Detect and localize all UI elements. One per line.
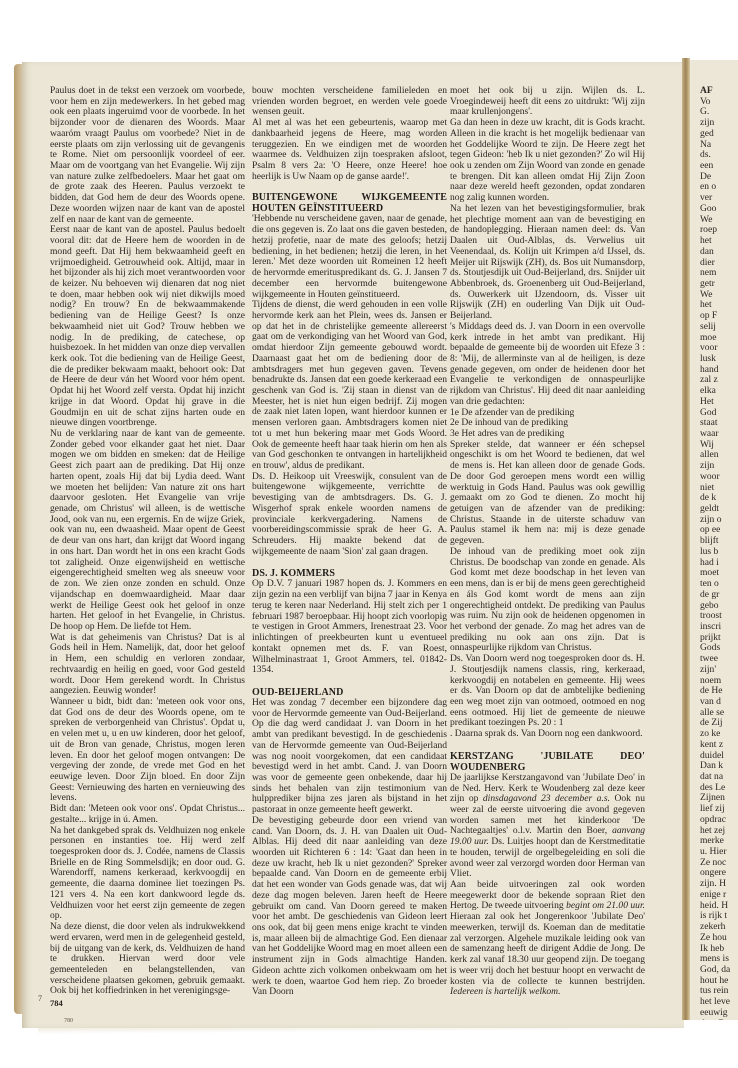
facing-line: kent z <box>700 740 738 751</box>
paragraph: De inhoud van de prediking moet ook zijn… <box>450 547 645 654</box>
paragraph: Het was zondag 7 december een bijzondere… <box>252 698 447 816</box>
paragraph: Aan beide uitvoeringen zal ook worden me… <box>450 880 645 998</box>
facing-page: AFVoG.zijngedNads.eenDeen overGooWeroeph… <box>690 60 738 1020</box>
column-3: moet het ook bij u zijn. Wijlen ds. L. V… <box>450 86 645 998</box>
paragraph: Na deze dienst, die door velen als indru… <box>50 922 245 997</box>
article-heading-kerstzang: KERSTZANG 'JUBILATE DEO' WOUDENBERG <box>450 751 645 773</box>
paragraph: Bidt dan: 'Meteen ook voor ons'. Opdat C… <box>50 804 245 825</box>
emphasis-welcome: Iedereen is hartelijk welkom. <box>450 986 560 997</box>
facing-page-column: AFVoG.zijngedNads.eenDeen overGooWeroeph… <box>700 86 738 1020</box>
paragraph: De jaarlijkse Kerstzangavond van 'Jubila… <box>450 773 645 880</box>
paragraph: Spreker stelde, dat wanneer er één schep… <box>450 440 645 547</box>
paragraph: Nu de verklaring naar de kant van de gem… <box>50 429 245 633</box>
facing-line: woor <box>700 472 738 483</box>
paragraph: Wanneer u bidt, bidt dan: 'meteen ook vo… <box>50 697 245 804</box>
facing-line: selij <box>700 322 738 333</box>
facing-line: dan <box>700 247 738 258</box>
facing-line: Ze hou <box>700 933 738 944</box>
facing-line: ged <box>700 129 738 140</box>
spine-gutter <box>682 58 690 1020</box>
paragraph: Al met al was het een gebeurtenis, waaro… <box>252 118 447 182</box>
paragraph: moet het ook bij u zijn. Wijlen ds. L. V… <box>450 86 645 118</box>
facing-line: eeuwig <box>700 1008 738 1019</box>
facing-line: zijn' <box>700 665 738 676</box>
paragraph: Op D.V. 7 januari 1987 hopen ds. J. Komm… <box>252 579 447 675</box>
text-run: Hieraan zal ook het Jongerenkoor 'Jubila… <box>450 911 645 986</box>
emphasis-date: dinsdagavond 23 december a.s. <box>483 793 610 804</box>
paragraph: Na het dankgebed sprak ds. Veldhuizen no… <box>50 826 245 922</box>
paragraph: 'Hebbende nu verscheidene gaven, naar de… <box>252 214 447 300</box>
paragraph: Ds. Van Doorn werd nog toegesproken door… <box>450 654 645 729</box>
underlying-page-number: 780 <box>64 1018 73 1024</box>
facing-line: den. Bu <box>700 1019 738 1020</box>
facing-line: opdrac <box>700 815 738 826</box>
paragraph: Paulus doet in de tekst een verzoek om v… <box>50 86 245 225</box>
paragraph: Na het lezen van het bevestigingsformuli… <box>450 204 645 322</box>
article-heading-houten: BUITENGEWONE WIJKGEMEENTE HOUTEN GEÏNSTI… <box>252 192 447 214</box>
paragraph: . Daarna sprak ds. Van Doorn nog een dan… <box>450 729 645 740</box>
paragraph: 's Middags deed ds. J. van Doorn in een … <box>450 322 645 408</box>
facing-line: Het <box>700 397 738 408</box>
page-number: 784 <box>50 998 63 1008</box>
paragraph: Eerst naar de kant van de apostel. Paulu… <box>50 225 245 429</box>
paragraph: De bevestiging gebeurde door een vriend … <box>252 816 447 998</box>
paragraph: bouw mochten verscheidene familieleden e… <box>252 86 447 118</box>
facing-line: de gr <box>700 590 738 601</box>
paragraph: Wat is dat geheimenis van Christus? Dat … <box>50 633 245 697</box>
column-1: Paulus doet in de tekst een verzoek om v… <box>50 86 245 997</box>
emphasis-time: begint om 21.00 uur. <box>566 900 645 911</box>
paragraph: Tijdens de dienst, die werd gehouden in … <box>252 300 447 472</box>
paragraph: Ga dan heen in deze uw kracht, dit is Go… <box>450 118 645 204</box>
edge-mark: 7 <box>38 994 42 1003</box>
paragraph: Ds. D. Heikoop uit Vreeswijk, consulent … <box>252 472 447 558</box>
column-2: bouw mochten verscheidene familieleden e… <box>252 86 447 998</box>
